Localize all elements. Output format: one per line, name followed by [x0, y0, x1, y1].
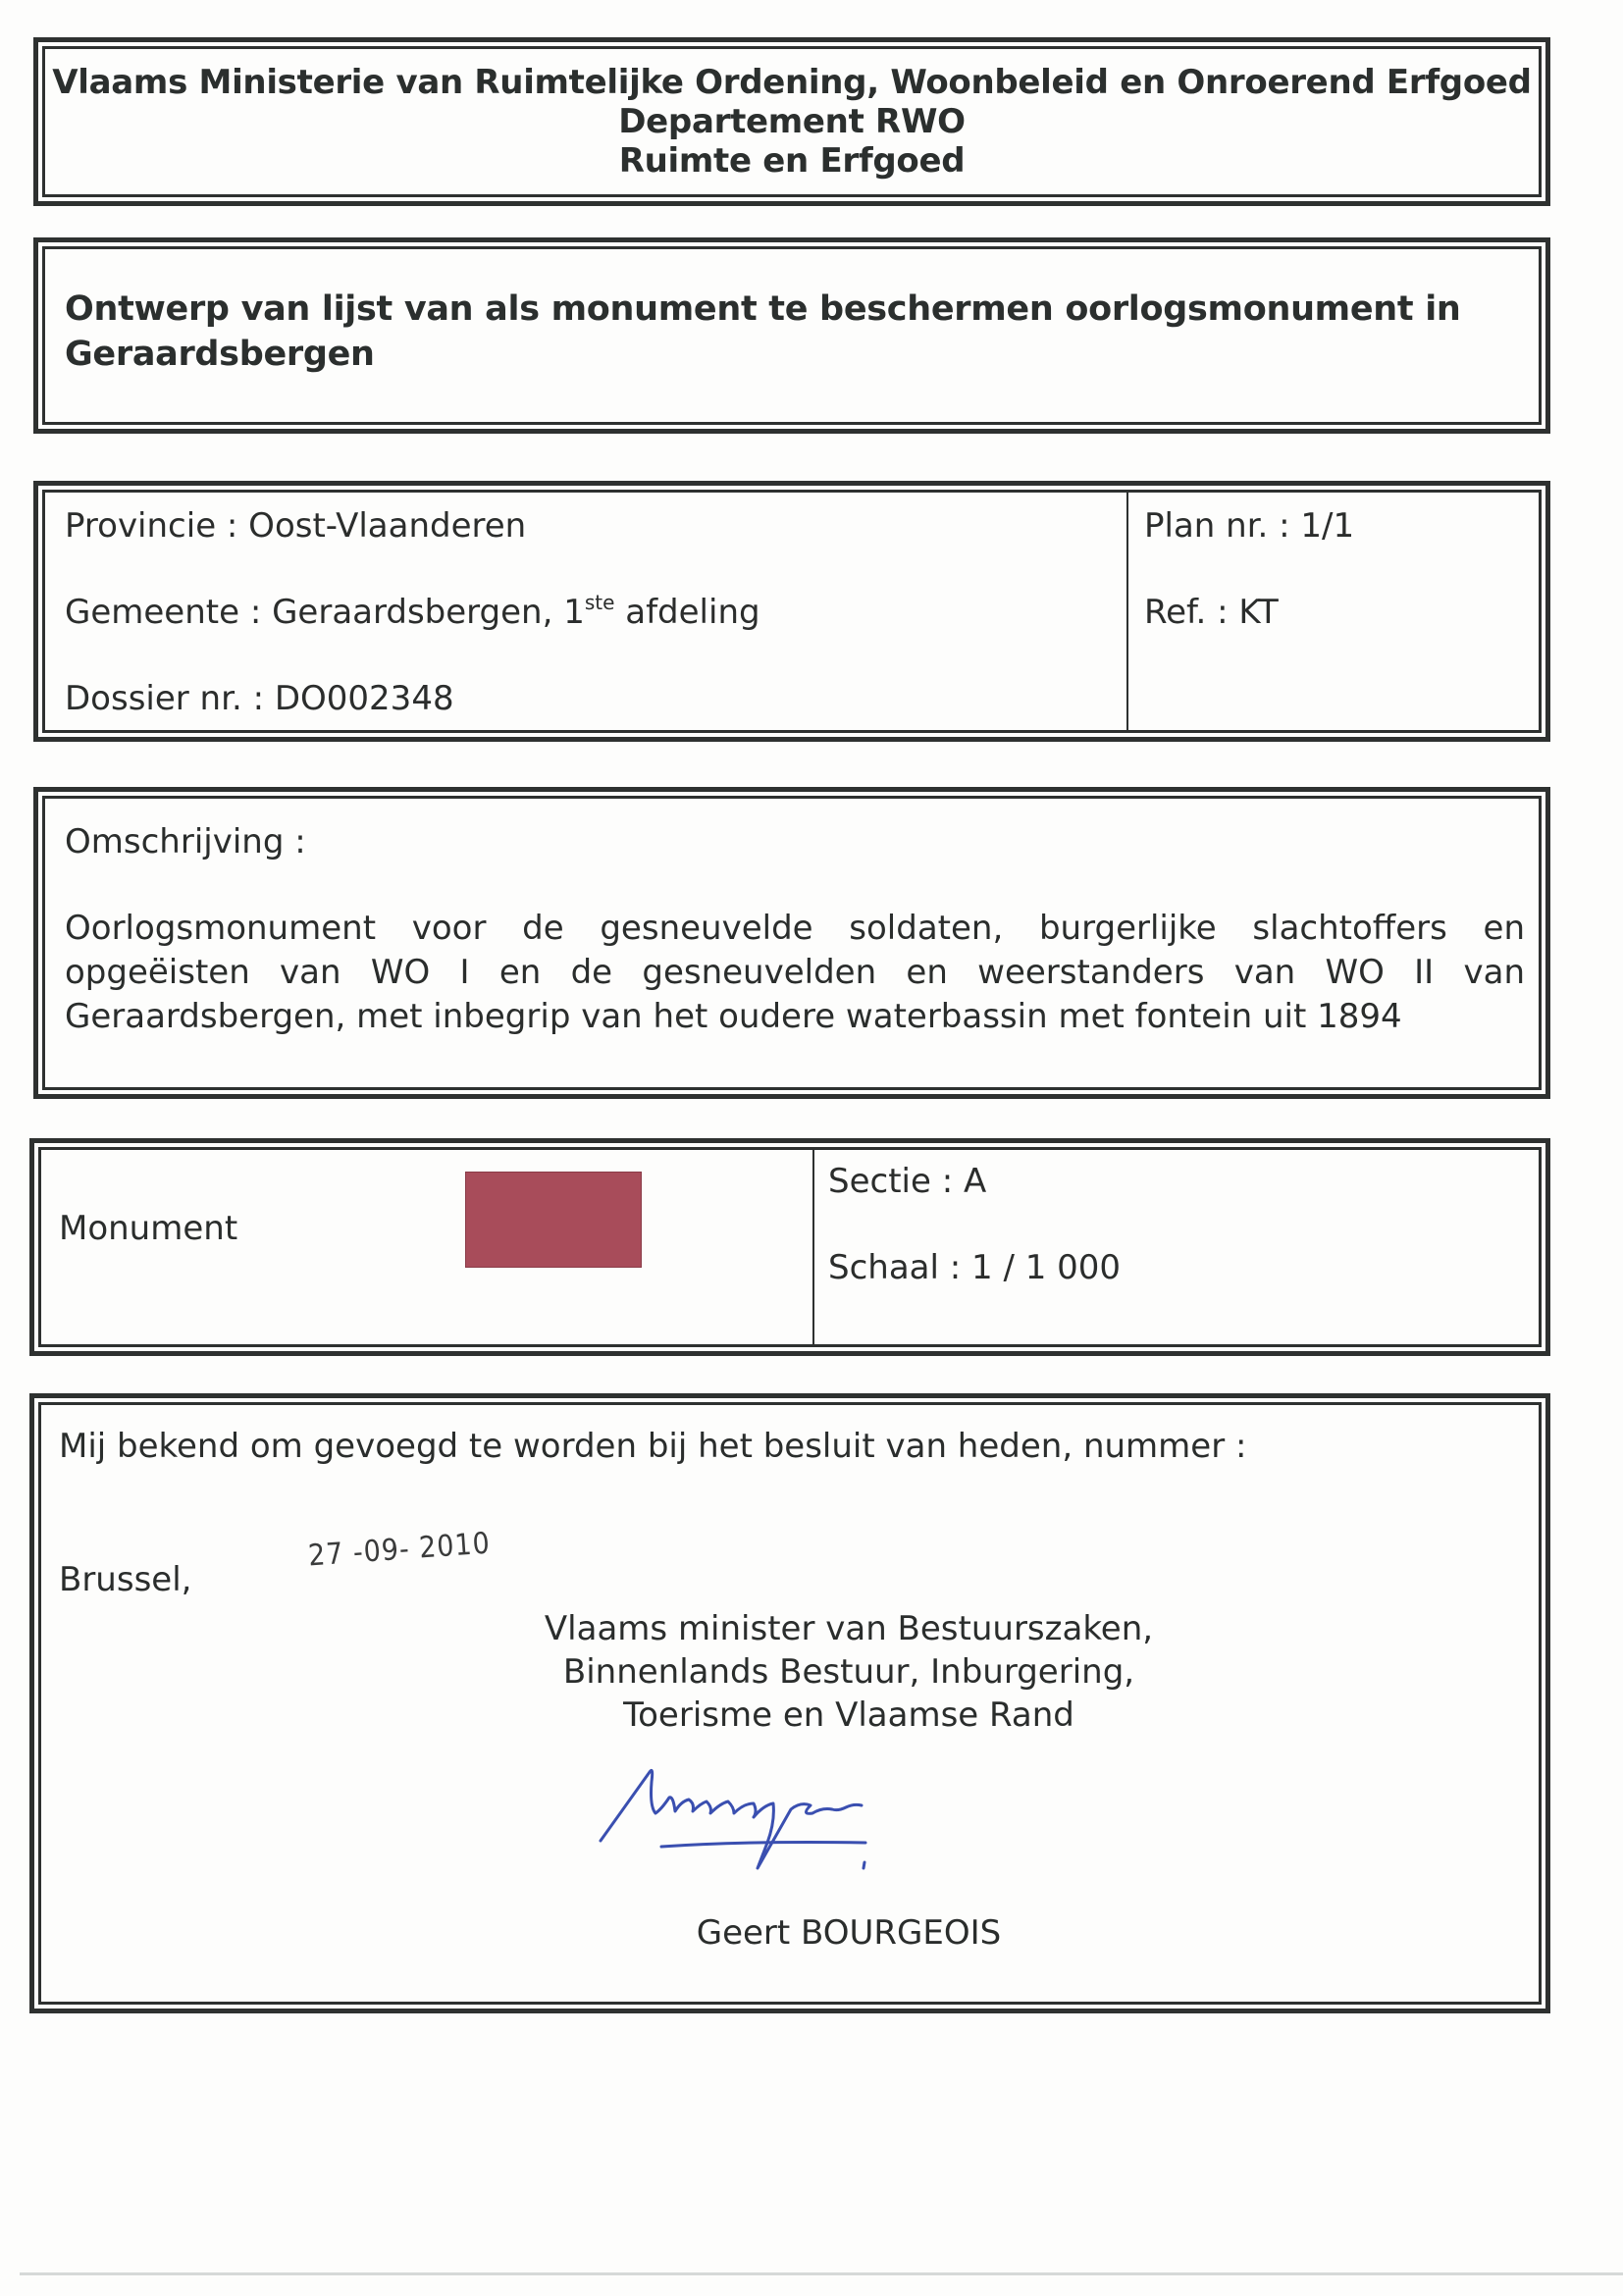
- description-text: Oorlogsmonument voor de gesneuvelde sold…: [65, 907, 1525, 1039]
- gemeente-field: Gemeente : Geraardsbergen, 1ste afdeling: [65, 593, 1126, 679]
- signature-box: Mij bekend om gevoegd te worden bij het …: [29, 1393, 1550, 2013]
- minister-title: Vlaams minister van Bestuurszaken, Binne…: [41, 1607, 1539, 1737]
- handwritten-signature-icon: [591, 1752, 1003, 1890]
- scan-edge-line: [20, 2272, 1623, 2275]
- date-stamp: 27 -09- 2010: [307, 1527, 492, 1575]
- gemeente-division: afdeling: [614, 593, 759, 632]
- legend-entry: Monument: [41, 1150, 814, 1344]
- gemeente-ordinal: ste: [585, 591, 615, 614]
- approval-statement: Mij bekend om gevoegd te worden bij het …: [59, 1427, 1246, 1466]
- dossier-field: Dossier nr. : DO002348: [65, 679, 1126, 765]
- minister-title-line: Binnenlands Bestuur, Inburgering,: [159, 1650, 1539, 1694]
- division-name: Ruimte en Erfgoed: [619, 141, 966, 181]
- description-box: Omschrijving : Oorlogsmonument voor de g…: [33, 787, 1550, 1099]
- plan-number-field: Plan nr. : 1/1: [1144, 506, 1539, 593]
- signatory-name: Geert BOURGEOIS: [41, 1913, 1539, 1953]
- map-details: Sectie : A Schaal : 1 / 1 000: [814, 1150, 1539, 1344]
- info-box: Provincie : Oost-Vlaanderen Gemeente : G…: [33, 481, 1550, 742]
- plan-info: Plan nr. : 1/1 Ref. : KT: [1128, 493, 1539, 730]
- document-title: Ontwerp van lijst van als monument te be…: [65, 287, 1519, 377]
- description-label: Omschrijving :: [65, 822, 1525, 861]
- provincie-field: Provincie : Oost-Vlaanderen: [65, 506, 1126, 593]
- legend-label: Monument: [59, 1209, 237, 1248]
- monument-color-swatch: [465, 1172, 642, 1268]
- minister-title-line: Toerisme en Vlaamse Rand: [159, 1694, 1539, 1737]
- ministry-name: Vlaams Ministerie van Ruimtelijke Ordeni…: [52, 63, 1531, 102]
- document-title-box: Ontwerp van lijst van als monument te be…: [33, 237, 1550, 434]
- location-info: Provincie : Oost-Vlaanderen Gemeente : G…: [45, 493, 1128, 730]
- ministry-header-box: Vlaams Ministerie van Ruimtelijke Ordeni…: [33, 37, 1550, 206]
- department-name: Departement RWO: [618, 102, 966, 141]
- signing-place: Brussel,: [59, 1560, 191, 1599]
- sectie-field: Sectie : A: [828, 1162, 1539, 1248]
- minister-title-line: Vlaams minister van Bestuurszaken,: [159, 1607, 1539, 1650]
- schaal-field: Schaal : 1 / 1 000: [828, 1248, 1539, 1334]
- legend-box: Monument Sectie : A Schaal : 1 / 1 000: [29, 1138, 1550, 1356]
- gemeente-text: Gemeente : Geraardsbergen, 1: [65, 593, 585, 632]
- reference-field: Ref. : KT: [1144, 593, 1539, 679]
